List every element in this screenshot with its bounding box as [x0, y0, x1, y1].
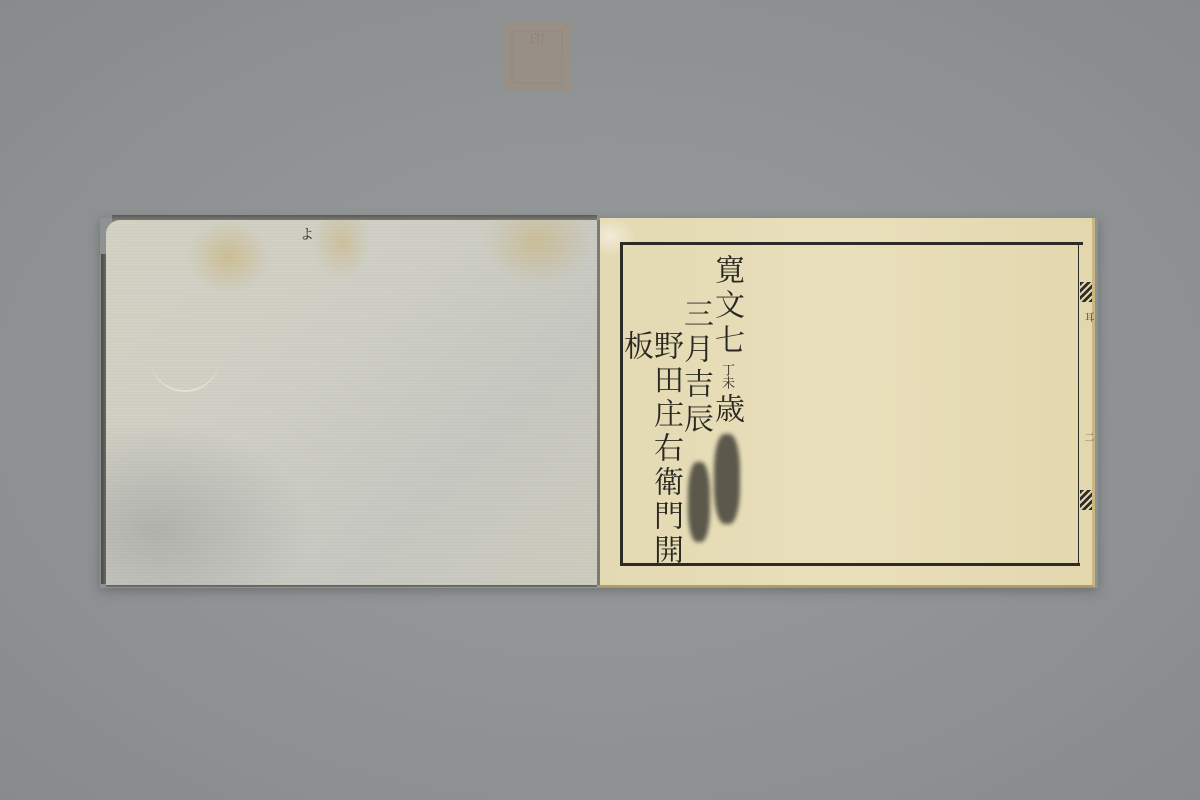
seal-text: 印 [527, 32, 548, 49]
block-center-column: 耳 二 [1078, 242, 1093, 563]
publisher-column: 野田庄右衛門開板 [620, 330, 680, 585]
stamp-blot [714, 434, 740, 524]
paper-crease [150, 350, 220, 392]
month-column: 三月吉辰 [680, 298, 710, 438]
fishtail-mark-bottom-icon [1080, 490, 1092, 510]
year-suffix: 歳 [709, 393, 744, 428]
ink-signature-stamp [680, 434, 750, 544]
frame-top-rule [620, 242, 1083, 245]
era-annotation: 丁未 [719, 363, 734, 389]
margin-label-lower: 二 [1080, 432, 1095, 442]
margin-label-upper: 耳 [1080, 312, 1095, 322]
era-date-column: 寛文七丁未歳 [711, 254, 741, 428]
fishtail-mark-top-icon [1080, 282, 1092, 302]
era-text: 寛文七 [709, 254, 744, 359]
left-page-endpaper: よ [106, 220, 597, 587]
stamp-blot [688, 462, 710, 542]
right-page-colophon: 耳 二 寛文七丁未歳 三月吉辰 野田庄右衛門開板 [600, 218, 1095, 587]
handwritten-mark: よ [300, 224, 314, 244]
collection-seal: 印 [503, 22, 571, 92]
